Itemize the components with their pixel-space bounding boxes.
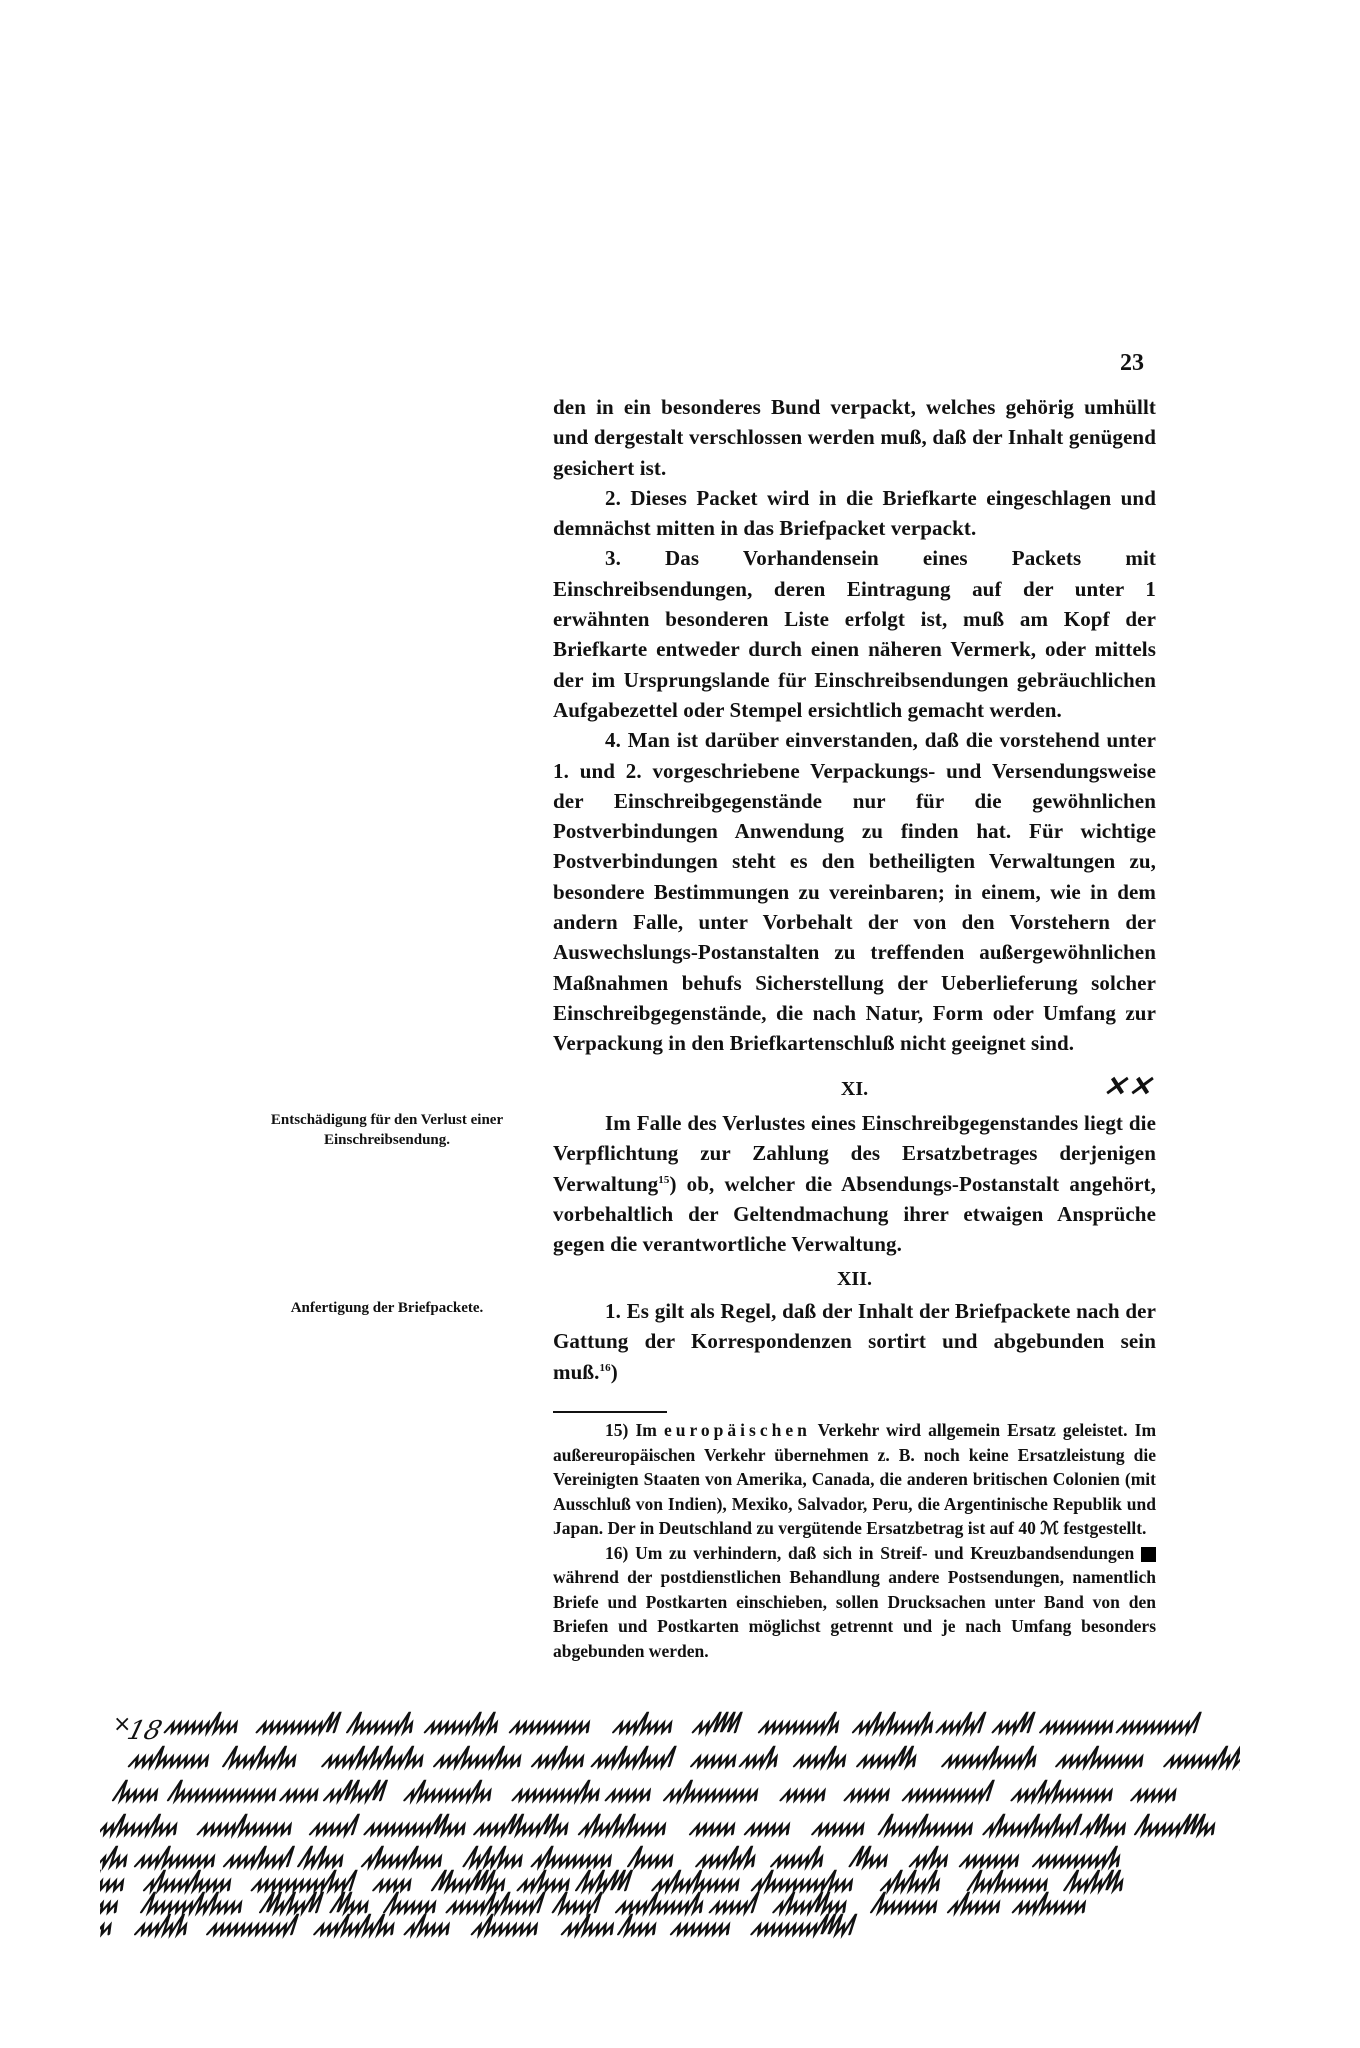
body-text-continued: den in ein besonderes Bund verpackt, wel… — [553, 392, 1156, 1059]
handwritten-annotation — [100, 1700, 1240, 1940]
footnote-ref-16: 16 — [600, 1362, 611, 1374]
footnote-16: 16) Um zu verhindern, daß sich in Streif… — [553, 1541, 1156, 1664]
footnote-16-text-a: 16) Um zu verhindern, daß sich in Streif… — [605, 1543, 1134, 1563]
section-xii-heading: XII. — [553, 1268, 1156, 1291]
footnotes: 15) Im europäischen Verkehr wird allgeme… — [553, 1418, 1156, 1663]
footnote-16-text-b: während der postdienstlichen Behandlung … — [553, 1567, 1156, 1661]
footnote-ref-15: 15 — [658, 1174, 669, 1186]
section-xii-text-b: ) — [611, 1360, 618, 1384]
margin-note-xii: Anfertigung der Briefpackete. — [232, 1298, 542, 1318]
ink-blot — [1141, 1547, 1156, 1562]
section-xi-text: Im Falle des Verlustes eines Einschreibg… — [553, 1108, 1156, 1259]
section-xii-text-a: 1. Es gilt als Regel, daß der Inhalt der… — [553, 1299, 1156, 1384]
footnote-15-spaced: europäischen — [664, 1420, 811, 1440]
paragraph-4: 4. Man ist darüber einverstanden, daß di… — [553, 725, 1156, 1058]
section-xi-heading: XI. — [553, 1078, 1156, 1101]
page-number: 23 — [1120, 350, 1144, 377]
footnote-15: 15) Im europäischen Verkehr wird allgeme… — [553, 1418, 1156, 1541]
paragraph-1: den in ein besonderes Bund verpackt, wel… — [553, 392, 1156, 483]
footnote-15-num: 15) Im — [605, 1420, 657, 1440]
section-xii-text: 1. Es gilt als Regel, daß der Inhalt der… — [553, 1296, 1156, 1387]
footnote-divider — [553, 1411, 667, 1413]
margin-note-xi: Entschädigung für den Verlust einer Eins… — [232, 1110, 542, 1150]
paragraph-2: 2. Dieses Packet wird in die Briefkarte … — [553, 483, 1156, 544]
paragraph-3: 3. Das Vorhandensein eines Packets mit E… — [553, 543, 1156, 725]
